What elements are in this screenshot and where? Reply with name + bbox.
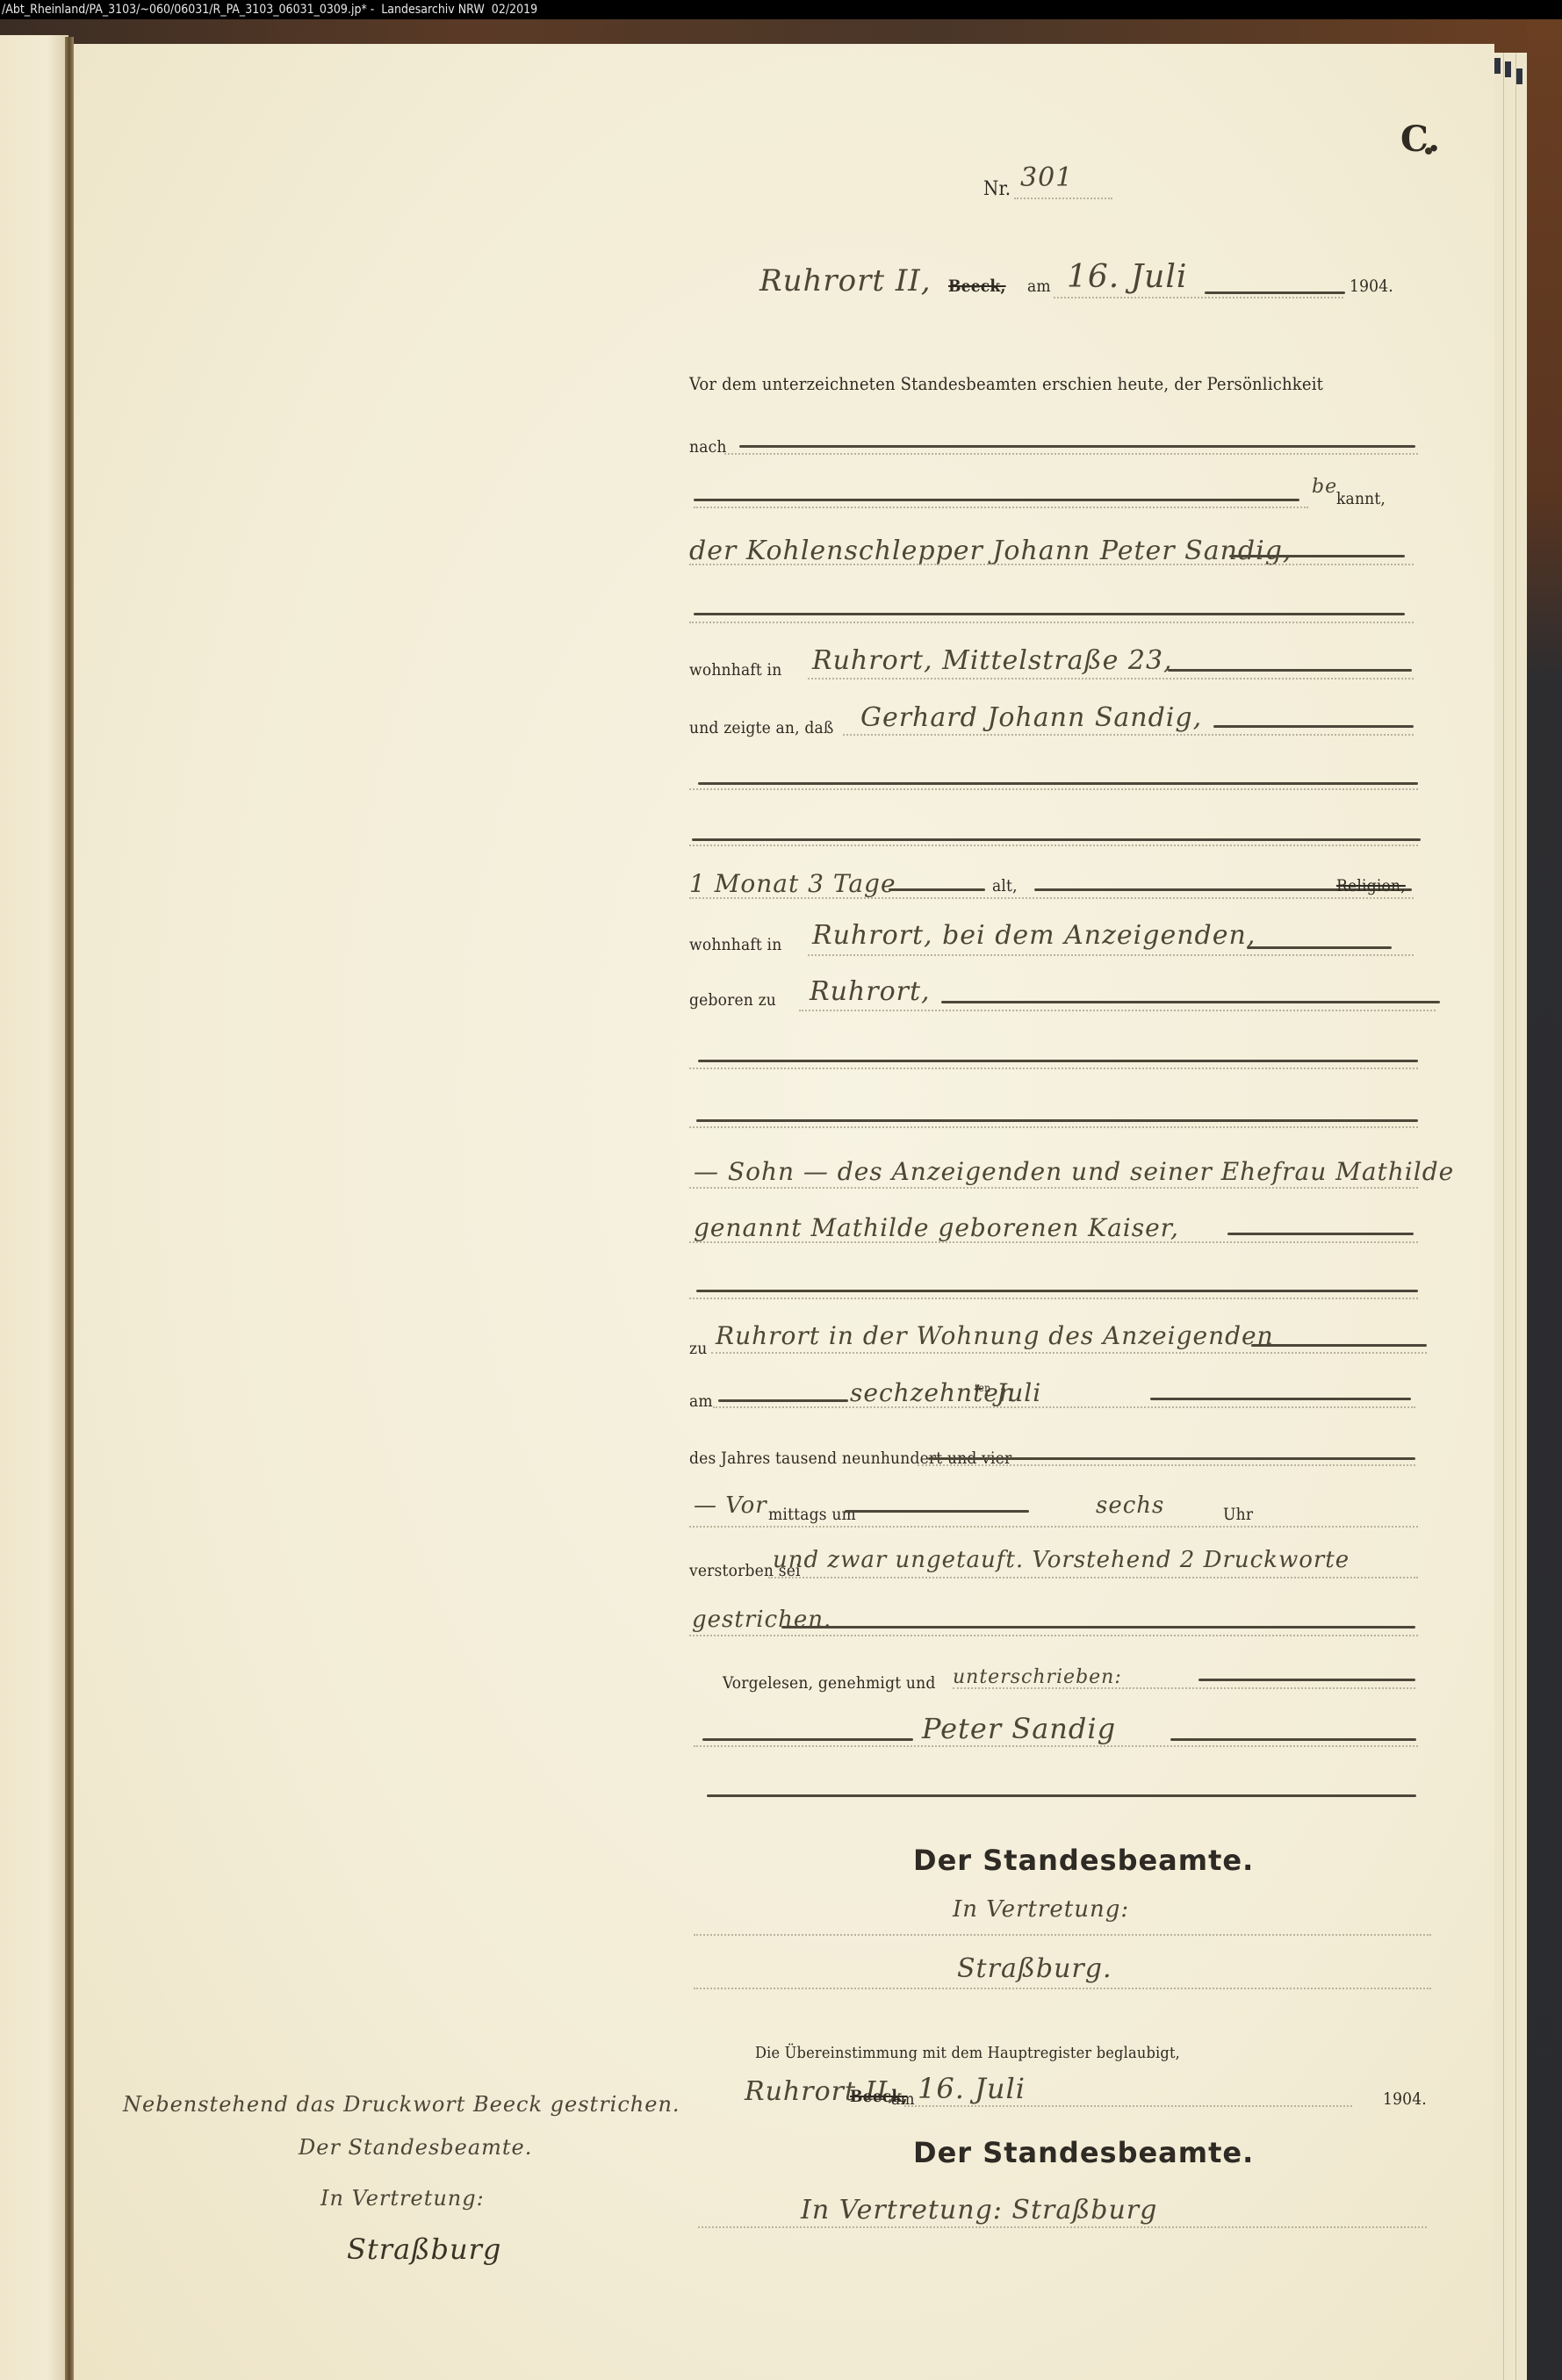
remark-line-1: und zwar ungetauft. Vorstehend 2 Druckwo…	[773, 1547, 1350, 1573]
dotted-line	[799, 1010, 1436, 1011]
fill-rule	[1229, 555, 1405, 557]
fill-rule	[698, 1060, 1418, 1062]
deceased-age: 1 Monat 3 Tage	[689, 869, 896, 898]
wohnhaft-label: wohnhaft in	[689, 935, 781, 954]
fill-rule	[692, 838, 1421, 841]
dotted-line	[808, 678, 1414, 679]
fill-rule	[1168, 669, 1412, 672]
dotted-line	[694, 1745, 1418, 1747]
dotted-line	[689, 622, 1414, 623]
fill-rule	[1205, 291, 1345, 294]
dotted-line	[689, 1126, 1418, 1128]
dotted-line	[689, 1187, 1418, 1189]
dotted-line	[689, 564, 1414, 565]
fill-rule	[1213, 725, 1414, 728]
fill-rule	[702, 1738, 913, 1741]
book-gutter	[65, 37, 74, 2380]
parents-line-1: — Sohn — des Anzeigenden und seiner Ehef…	[694, 1157, 1454, 1186]
fill-rule	[707, 1794, 1416, 1797]
alt-label: alt,	[992, 876, 1018, 895]
informant-name: der Kohlenschlepper Johann Peter Sandig,	[689, 536, 1292, 566]
mittags-label: mittags um	[768, 1505, 856, 1524]
margin-note-line-2: Der Standesbeamte.	[299, 2135, 532, 2160]
dotted-line	[768, 1577, 1418, 1578]
record-number: 301	[1020, 162, 1073, 193]
dotted-line	[689, 845, 1418, 846]
vor-handwritten: — Vor	[694, 1492, 767, 1519]
ten-suffix: ten	[975, 1382, 990, 1394]
ink-spot	[1425, 147, 1432, 155]
place-struck: Beeck,	[948, 277, 1006, 296]
death-month: Juli	[997, 1378, 1041, 1407]
window-title: /Abt_Rheinland/PA_3103/~060/06031/R_PA_3…	[2, 3, 537, 17]
fill-rule	[845, 1510, 1029, 1513]
deceased-residence: Ruhrort, bei dem Anzeigenden,	[812, 920, 1256, 951]
index-tab	[1505, 61, 1511, 77]
dotted-line	[694, 1988, 1431, 1989]
bekannt-label: kannt,	[1336, 489, 1386, 508]
wohnhaft-label: wohnhaft in	[689, 660, 781, 679]
dotted-line	[689, 1241, 1418, 1243]
page-edge	[1515, 53, 1527, 2380]
cert-date-handwritten: 16. Juli	[918, 2072, 1026, 2105]
fill-rule	[781, 1626, 1415, 1629]
dotted-line	[724, 453, 1418, 455]
fill-rule	[1150, 1398, 1411, 1400]
margin-note-line-1: Nebenstehend das Druckwort Beeck gestric…	[123, 2092, 680, 2117]
fill-rule	[1251, 1344, 1427, 1347]
death-hour: sechs	[1096, 1492, 1164, 1519]
fill-rule	[696, 1290, 1418, 1292]
place-handwritten: Ruhrort II,	[759, 263, 932, 298]
dotted-line	[711, 1352, 1427, 1354]
official-signature: Straßburg.	[957, 1953, 1112, 1984]
register-letter: C.	[1400, 119, 1440, 160]
dotted-line	[689, 1068, 1418, 1069]
dotted-line	[698, 2226, 1427, 2228]
geboren-label: geboren zu	[689, 990, 776, 1010]
nr-label: Nr.	[983, 178, 1011, 200]
official-heading: Der Standesbeamte.	[913, 1844, 1254, 1877]
vertretung-handwritten: In Vertretung:	[953, 1896, 1129, 1923]
dotted-line	[694, 507, 1308, 508]
informant-signature: Peter Sandig	[922, 1712, 1116, 1745]
index-tab	[1516, 68, 1522, 84]
window-title-bar: /Abt_Rheinland/PA_3103/~060/06031/R_PA_3…	[0, 0, 1562, 19]
index-tab	[1494, 58, 1501, 74]
remark-line-2: gestrichen.	[692, 1607, 831, 1633]
cert-year: 1904.	[1383, 2089, 1427, 2109]
fill-rule	[1170, 1738, 1416, 1741]
vorgelesen-handwritten: unterschrieben:	[953, 1666, 1122, 1688]
fill-rule	[694, 499, 1299, 501]
dotted-line	[689, 1298, 1418, 1299]
am-label: am	[689, 1391, 713, 1411]
margin-note-line-3: In Vertretung:	[320, 2186, 485, 2211]
fill-rule	[1198, 1679, 1415, 1681]
dotted-line	[904, 2105, 1352, 2107]
dotted-line	[918, 1464, 1415, 1466]
religion-struck: Religion,	[1336, 876, 1406, 895]
fill-rule	[696, 1119, 1418, 1122]
fill-rule	[1227, 1233, 1414, 1235]
nr-dotted-line	[1014, 198, 1112, 199]
left-page	[0, 35, 68, 2380]
certification-line: Die Übereinstimmung mit dem Hauptregiste…	[755, 2044, 1180, 2062]
year: 1904.	[1350, 277, 1393, 296]
fill-rule	[718, 1399, 848, 1402]
birthplace: Ruhrort,	[810, 976, 931, 1007]
cert-official-heading: Der Standesbeamte.	[913, 2136, 1254, 2169]
dotted-line	[953, 1687, 1415, 1689]
register-page	[74, 44, 1494, 2380]
margin-note-signature: Straßburg	[347, 2233, 501, 2266]
fill-rule	[1247, 946, 1392, 949]
deceased-name: Gerhard Johann Sandig,	[860, 702, 1202, 733]
fill-rule	[698, 782, 1418, 785]
informant-residence: Ruhrort, Mittelstraße 23,	[812, 645, 1173, 676]
date-dotted-line	[1054, 297, 1343, 298]
zeigte-label: und zeigte an, daß	[689, 718, 834, 737]
bekannt-handwritten: be	[1312, 476, 1337, 498]
vorgelesen-label: Vorgelesen, genehmigt und	[723, 1673, 936, 1693]
zu-label: zu	[689, 1339, 707, 1358]
dotted-line	[843, 734, 1414, 736]
book-cover-right	[1527, 19, 1562, 2380]
fill-rule	[941, 1001, 1440, 1003]
cert-signature: In Vertretung: Straßburg	[801, 2195, 1157, 2225]
fill-rule	[739, 445, 1415, 448]
dotted-line	[689, 897, 1414, 899]
intro-line: Vor dem unterzeichneten Standesbeamten e…	[689, 373, 1323, 394]
fill-rule	[928, 1457, 1415, 1460]
death-day: sechzehnten	[850, 1378, 1016, 1407]
parents-line-2: genannt Mathilde geborenen Kaiser,	[694, 1213, 1179, 1242]
dotted-line	[689, 1526, 1418, 1528]
death-place: Ruhrort in der Wohnung des Anzeigenden	[716, 1321, 1274, 1350]
date-handwritten: 16. Juli	[1067, 259, 1187, 295]
fill-rule	[694, 613, 1405, 615]
dotted-line	[694, 1934, 1431, 1936]
fill-rule	[889, 888, 985, 891]
page-edge	[1503, 53, 1516, 2380]
dotted-line	[713, 1406, 1415, 1408]
nach-label: nach	[689, 437, 727, 457]
dotted-line	[689, 788, 1418, 790]
uhr-label: Uhr	[1223, 1505, 1253, 1524]
dotted-line	[689, 1635, 1418, 1636]
am-label: am	[1027, 277, 1051, 296]
dotted-line	[808, 954, 1414, 956]
